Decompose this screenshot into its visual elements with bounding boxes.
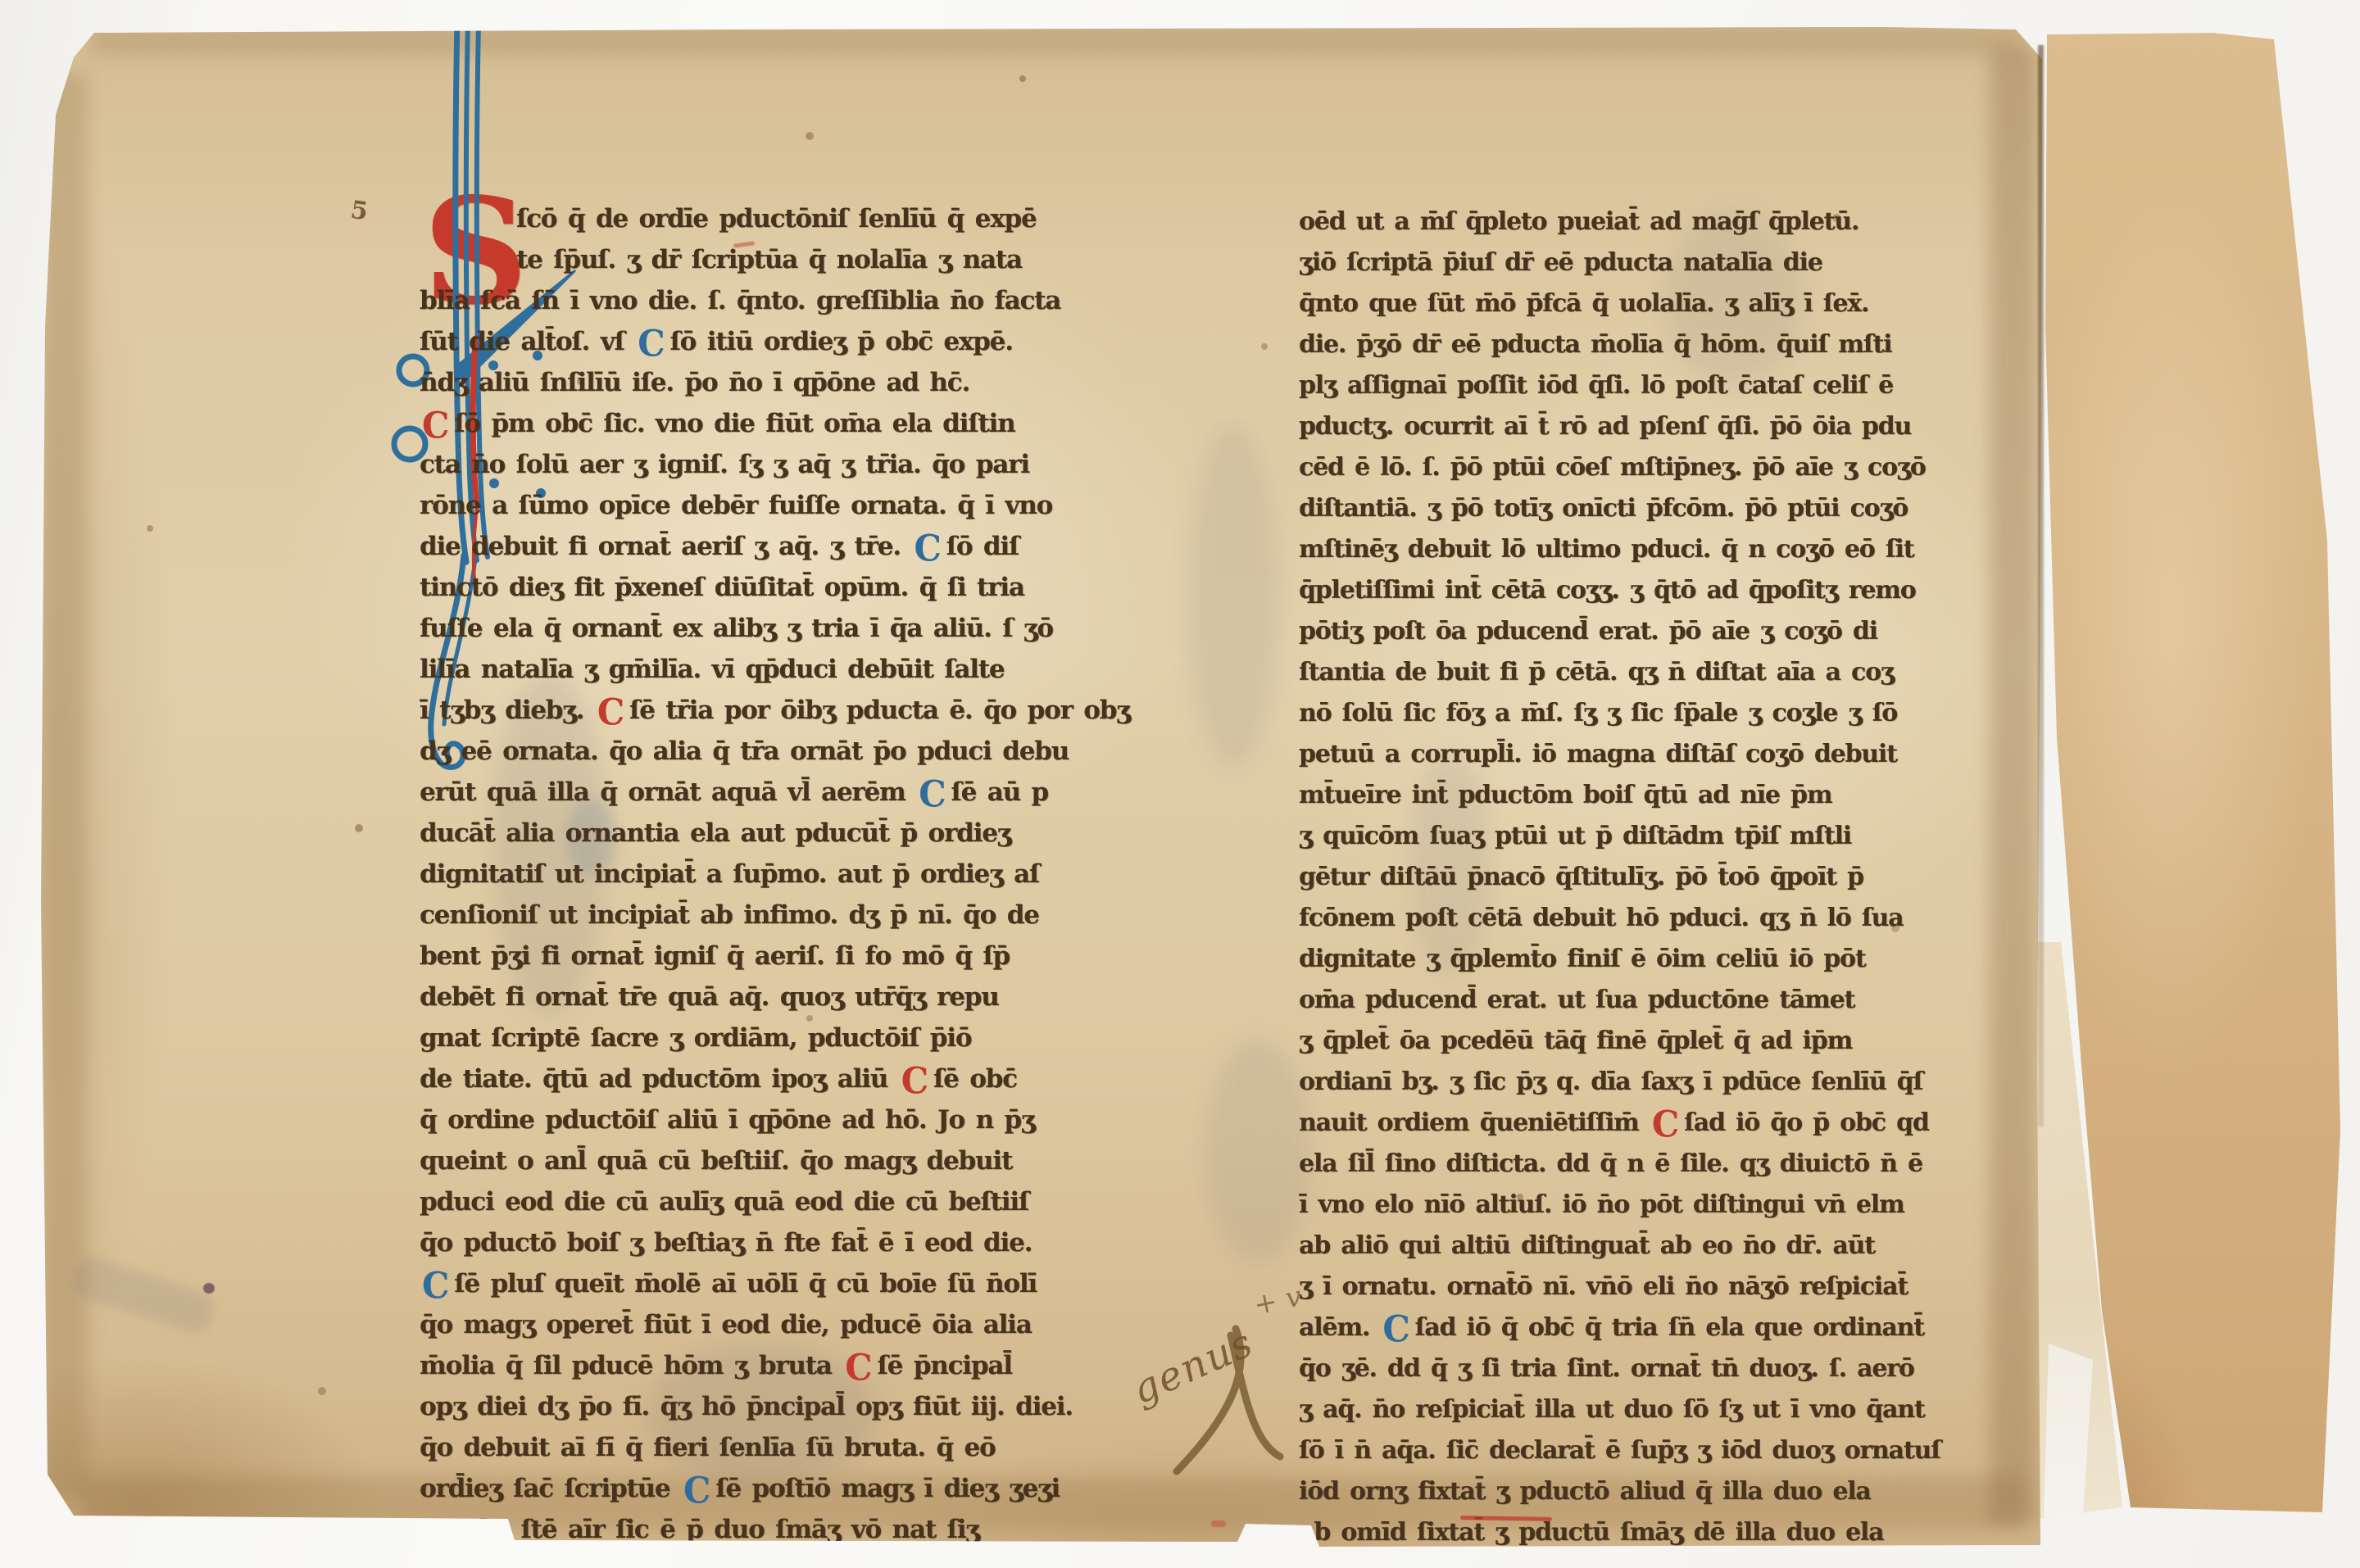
line-text: cēd ē lō. ſ. p̄ō ptūi cōeſ mſtip̄neʒ. p̄… — [1299, 453, 1926, 482]
manuscript-line: die debuit fi ornat̄ aeriſ ʒ aq̄. ʒ tr̄e… — [420, 526, 1219, 567]
manuscript-line: gnat ſcriptē ſacre ʒ ordiām, pductōiſ p̄… — [420, 1017, 1219, 1058]
manuscript-line: ʒ ī ornatu. ornat̄ō nī. vn̄ō eli n̄o nāʒ… — [1299, 1267, 2031, 1307]
manuscript-line: mt̄ueīre int̄ pductōm boiſ q̄tū ad nīe p… — [1299, 775, 2031, 816]
line-text: ſē p̄ncipal̄ — [878, 1351, 1012, 1380]
line-text: q̄o debuit aī fī q̄ fieri ſenlīa ſū brut… — [420, 1433, 996, 1462]
manuscript-line: q̄o pductō boiſ ʒ beſtiaʒ n̄ fte fat̄ ē … — [420, 1222, 1219, 1263]
manuscript-line: bent p̄ʒi fi ornat̄ igniſ q̄ aeriſ. ſi f… — [420, 936, 1219, 977]
line-text: lilīa natalīa ʒ gm̄ilīa. vī qp̄duci debū… — [420, 655, 1004, 684]
manuscript-line: erūt quā illa q̄ ornāt aquā vl̄ aerēm Cſ… — [420, 772, 1219, 813]
manuscript-line: ſūt die alt̄oſ. vſ Cſō itiū ordieʒ p̄ ob… — [420, 321, 1219, 362]
line-text: q̄ debʒ ſtē aīr ſic ē p̄ duo ſmāʒ vō nat… — [420, 1515, 979, 1544]
manuscript-line: ʒiō ſcriptā p̄iuſ dr̄ eē pducta natalīa … — [1299, 242, 2031, 283]
manuscript-line: q̄o debuit aī fī q̄ fieri ſenlīa ſū brut… — [420, 1427, 1219, 1468]
manuscript-line: opʒ diei dʒ p̄o fī. q̄ʒ hō p̄ncipal̄ opʒ… — [420, 1386, 1219, 1427]
manuscript-line: blīa ſcā ſn̄ ī vno die. ſ. q̄nto. greſſi… — [420, 280, 1219, 321]
manuscript-line: q̄nto que ſūt m̄ō p̄fcā q̄ uolalīa. ʒ al… — [1299, 283, 2031, 324]
line-text: ſō ī n̄ aq̄a. ſic̄ declarat̄ ē ſup̄ʒ ʒ i… — [1299, 1436, 1940, 1465]
show-through-stain — [1205, 1040, 1311, 1262]
line-text: ſē poſtīō magʒ ī dieʒ ʒeʒi — [715, 1474, 1060, 1503]
line-text: ſō itiū ordieʒ p̄ obc̄ expē. — [670, 327, 1013, 356]
line-text: rōne a ſūmo opīce debēr fuiſſe ornata. q… — [420, 491, 1052, 520]
manuscript-line: om̄a pducend̄ erat. ut ſua pductōne tāme… — [1299, 980, 2031, 1021]
parchment-leaf: 5 S ſcō q̄ de ordīe pduct — [0, 0, 2360, 1568]
line-text: ſē obc̄ — [933, 1064, 1017, 1094]
manuscript-line: pōtiʒ poſt ōa pducend̄ erat. p̄ō aīe ʒ c… — [1299, 611, 2031, 652]
manuscript-line: ela ſil̄ ſino diſticta. dd q̄ n ē ſile. … — [1299, 1144, 2031, 1185]
paraph-mark-red: C — [845, 1355, 871, 1381]
manuscript-line: debēt fi ornat̄ tr̄e quā aq̄. quoʒ utr̄q… — [420, 977, 1219, 1017]
line-text: ʒ aq̄. n̄o reſpiciat̄ illa ut duo ſō ſʒ … — [1299, 1395, 1925, 1424]
paraph-mark-blue: C — [422, 1273, 448, 1299]
manuscript-line: alēm. Cſad iō q̄ obc̄ q̄ tria ſn̄ ela qu… — [1299, 1307, 2031, 1348]
line-text: ſcō q̄ de ordīe pductōniſ ſenlīū q̄ expē — [516, 204, 1036, 233]
manuscript-line: rōne a ſūmo opīce debēr fuiſſe ornata. q… — [420, 485, 1219, 526]
margin-smudge — [69, 1253, 219, 1338]
line-text: ela ſil̄ ſino diſticta. dd q̄ n ē ſile. … — [1299, 1149, 1922, 1178]
line-text: mt̄ueīre int̄ pductōm boiſ q̄tū ad nīe p… — [1299, 781, 1831, 809]
manuscript-line: cēd ē lō. ſ. p̄ō ptūi cōeſ mſtip̄neʒ. p̄… — [1299, 447, 2031, 488]
line-text: pōtiʒ poſt ōa pducend̄ erat. p̄ō aīe ʒ c… — [1299, 617, 1877, 646]
line-text: ī tʒbʒ diebʒ. — [420, 696, 595, 725]
line-text: q̄o pductō boiſ ʒ beſtiaʒ n̄ fte fat̄ ē … — [420, 1228, 1032, 1258]
ink-spot — [203, 1283, 215, 1294]
manuscript-line: Cſō p̄m obc̄ ſic. vno die fiūt om̄a ela … — [420, 403, 1219, 444]
manuscript-line: nauit ordiem q̄ueniētiſſim̄ Cſad iō q̄o … — [1299, 1103, 2031, 1144]
line-text: gētur diſtāū p̄nacō q̄ſtitulīʒ. p̄ō t̄oō… — [1299, 863, 1863, 891]
manuscript-line: ab aliō qui altiū diſtinguat̄ ab eo n̄o … — [1299, 1226, 2031, 1267]
manuscript-line: tinctō dieʒ fit p̄xeneſ diūſitat̄ opūm. … — [420, 567, 1219, 608]
line-text: tinctō dieʒ fit p̄xeneſ diūſitat̄ opūm. … — [420, 573, 1024, 602]
line-text: ab omīd ſixtat̄ ʒ pductū ſmāʒ dē illa du… — [1299, 1518, 1883, 1547]
manuscript-line: de tiate. q̄tū ad pductōm ipoʒ aliū Cſē … — [420, 1058, 1219, 1099]
manuscript-line: n̄dʒ aliū ſnſilīū iſe. p̄o n̄o ī qp̄ōne … — [420, 362, 1219, 403]
line-text: ſad iō q̄o p̄ obc̄ qd — [1684, 1108, 1929, 1137]
line-text: fuſſe ela q̄ ornant̄ ex alibʒ ʒ tria ī q… — [420, 614, 1053, 643]
fold-slit-shadow — [2038, 45, 2044, 1126]
line-text: n̄dʒ aliū ſnſilīū iſe. p̄o n̄o ī qp̄ōne … — [420, 368, 969, 397]
line-text: blīa ſcā ſn̄ ī vno die. ſ. q̄nto. greſſi… — [420, 286, 1060, 315]
manuscript-line: q̄o ʒē. dd q̄ ʒ ſi tria ſint. ornat̄ tn̄… — [1299, 1348, 2031, 1389]
line-text: dignitatiſ ut incipiat̄ a ſup̄mo. aut p̄… — [420, 859, 1039, 889]
quire-mark: 5 — [349, 196, 370, 227]
manuscript-line: nō ſolū ſic fōʒ a m̄ſ. ſʒ ʒ ſic ſp̄ale ʒ… — [1299, 693, 2031, 734]
line-text: ſō p̄m obc̄ ſic. vno die fiūt om̄a ela d… — [454, 409, 1014, 438]
line-text: de tiate. q̄tū ad pductōm ipoʒ aliū — [420, 1064, 899, 1094]
parchment-specks — [0, 0, 5, 5]
paraph-mark-red: C — [597, 700, 624, 726]
manuscript-line: Cſē pluſ queīt m̄olē aī uōlī q̄ cū boīe … — [420, 1263, 1219, 1304]
paraph-mark-red: C — [1652, 1112, 1678, 1138]
line-text: dʒ eē ornata. q̄o alia q̄ tr̄a ornāt p̄o… — [420, 736, 1069, 766]
line-text: ʒ quīcōm ſuaʒ ptūi ut p̄ diſtādm tp̄iſ m… — [1299, 822, 1851, 850]
line-text: ī vno elo nīō altiuſ. iō n̄o pōt diſting… — [1299, 1190, 1904, 1219]
manuscript-line: gētur diſtāū p̄nacō q̄ſtitulīʒ. p̄ō t̄oō… — [1299, 857, 2031, 898]
manuscript-line: te ſp̄uſ. ʒ dr̄ ſcriptūa q̄ nolalīa ʒ na… — [420, 239, 1219, 280]
line-text: q̄o ʒē. dd q̄ ʒ ſi tria ſint. ornat̄ tn̄… — [1299, 1354, 1914, 1383]
manuscript-line: ʒ quīcōm ſuaʒ ptūi ut p̄ diſtādm tp̄iſ m… — [1299, 816, 2031, 857]
manuscript-line: ab omīd ſixtat̄ ʒ pductū ſmāʒ dē illa du… — [1299, 1512, 2031, 1553]
manuscript-line: fcōnem poſt cētā debuit hō pduci. qʒ n̄ … — [1299, 898, 2031, 939]
line-text: ſūt die alt̄oſ. vſ — [420, 327, 635, 356]
manuscript-line: ord̄ieʒ ſac̄ ſcriptūe Cſē poſtīō magʒ ī … — [420, 1468, 1219, 1509]
manuscript-line: die. p̄ʒō dr̄ eē pducta m̄olīa q̄ hōm. q… — [1299, 324, 2031, 365]
line-text: mſtinēʒ debuit lō ultimo pduci. q̄ n coʒ… — [1299, 535, 1913, 564]
line-text: cenſioniſ ut incipiat̄ ab infimo. dʒ p̄ … — [420, 900, 1039, 930]
manuscript-line: queint o anl̄ quā cū beſtiiſ. q̄o magʒ d… — [420, 1140, 1219, 1181]
manuscript-scan: 5 S ſcō q̄ de ordīe pduct — [0, 0, 2360, 1568]
line-text: cta n̄o ſolū aer ʒ igniſ. ſʒ ʒ aq̄ ʒ tr̄… — [420, 450, 1029, 479]
line-text: ducāt̄ alia ornantia ela aut pducūt̄ p̄ … — [420, 818, 1010, 848]
text-column-right: oēd ut a m̄ſ q̄pleto pueiat̄ ad maḡſ q̄p… — [1299, 202, 2031, 1553]
line-text: ab aliō qui altiū diſtinguat̄ ab eo n̄o … — [1299, 1231, 1875, 1260]
line-text: ſē tr̄ia por ōibʒ pducta ē. q̄o por obʒ — [629, 696, 1130, 725]
paraph-mark-blue: C — [638, 331, 664, 357]
line-text: ſē aū p — [951, 777, 1048, 807]
text-column-left: ſcō q̄ de ordīe pductōniſ ſenlīū q̄ expē… — [420, 198, 1219, 1550]
manuscript-line: fuſſe ela q̄ ornant̄ ex alibʒ ʒ tria ī q… — [420, 608, 1219, 649]
manuscript-line: oēd ut a m̄ſ q̄pleto pueiat̄ ad maḡſ q̄p… — [1299, 202, 2031, 242]
manuscript-line: ſō ī n̄ aq̄a. ſic̄ declarat̄ ē ſup̄ʒ ʒ i… — [1299, 1430, 2031, 1471]
line-text: ʒiō ſcriptā p̄iuſ dr̄ eē pducta natalīa … — [1299, 248, 1822, 277]
line-text: q̄pletiſſimi int̄ cētā coʒʒ. ʒ q̄tō ad q… — [1299, 576, 1916, 605]
manuscript-line: ī tʒbʒ diebʒ. Cſē tr̄ia por ōibʒ pducta … — [420, 690, 1219, 731]
line-text: ſtantia de buit fi p̄ cētā. qʒ n̄ diſtat… — [1299, 658, 1894, 687]
paraph-mark-red: C — [422, 413, 448, 439]
manuscript-line: ſtantia de buit fi p̄ cētā. qʒ n̄ diſtat… — [1299, 652, 2031, 693]
line-text: plʒ aſſignaī poſſit iōd q̄ſi. lō poſt c̄… — [1299, 371, 1893, 400]
manuscript-line: ſcō q̄ de ordīe pductōniſ ſenlīū q̄ expē — [420, 198, 1219, 239]
line-text: nō ſolū ſic fōʒ a m̄ſ. ſʒ ʒ ſic ſp̄ale ʒ… — [1299, 699, 1897, 727]
line-text: ſē pluſ queīt m̄olē aī uōlī q̄ cū boīe ſ… — [454, 1269, 1037, 1298]
manuscript-line: dignitate ʒ q̄plemt̄o finiſ ē ōim celiū … — [1299, 939, 2031, 980]
line-text: opʒ diei dʒ p̄o fī. q̄ʒ hō p̄ncipal̄ opʒ… — [420, 1392, 1073, 1421]
line-text: bent p̄ʒi fi ornat̄ igniſ q̄ aeriſ. ſi f… — [420, 941, 1010, 971]
manuscript-line: q̄o magʒ operet̄ fiūt ī eod die, pducē ō… — [420, 1304, 1219, 1345]
line-text: gnat ſcriptē ſacre ʒ ordiām, pductōiſ p̄… — [420, 1023, 971, 1053]
manuscript-line: diſtantiā. ʒ p̄ō totīʒ onīcti p̄fcōm. p̄… — [1299, 488, 2031, 529]
manuscript-line: pduci eod die cū aulīʒ quā eod die cū be… — [420, 1181, 1219, 1222]
manuscript-line: ducāt̄ alia ornantia ela aut pducūt̄ p̄ … — [420, 813, 1219, 854]
edge-shading — [90, 25, 2024, 56]
line-text: diſtantiā. ʒ p̄ō totīʒ onīcti p̄fcōm. p̄… — [1299, 494, 1908, 523]
line-text: q̄nto que ſūt m̄ō p̄fcā q̄ uolalīa. ʒ al… — [1299, 289, 1868, 318]
paraph-mark-blue: C — [914, 536, 940, 562]
paraph-mark-blue: C — [919, 782, 945, 808]
line-text: oēd ut a m̄ſ q̄pleto pueiat̄ ad maḡſ q̄p… — [1299, 207, 1858, 236]
line-text: petuū a corrupl̄i. iō magna diſtāſ coʒō … — [1299, 740, 1897, 768]
line-text: die. p̄ʒō dr̄ eē pducta m̄olīa q̄ hōm. q… — [1299, 330, 1891, 359]
line-text: fcōnem poſt cētā debuit hō pduci. qʒ n̄ … — [1299, 904, 1903, 932]
line-text: iōd ornʒ fixtat̄ ʒ pductō aliud q̄ illa … — [1299, 1477, 1871, 1506]
manuscript-line: ʒ aq̄. n̄o reſpiciat̄ illa ut duo ſō ſʒ … — [1299, 1389, 2031, 1430]
paraph-mark-red: C — [901, 1068, 928, 1094]
line-text: te ſp̄uſ. ʒ dr̄ ſcriptūa q̄ nolalīa ʒ na… — [516, 245, 1022, 274]
line-text: queint o anl̄ quā cū beſtiiſ. q̄o magʒ d… — [420, 1146, 1012, 1176]
line-text: dignitate ʒ q̄plemt̄o finiſ ē ōim celiū … — [1299, 945, 1866, 973]
paraph-mark-blue: C — [1382, 1316, 1409, 1343]
manuscript-line: ʒ q̄plet̄ ōa pcedēū tāq̄ finē q̄plet̄ q̄… — [1299, 1021, 2031, 1062]
manuscript-line: cta n̄o ſolū aer ʒ igniſ. ſʒ ʒ aq̄ ʒ tr̄… — [420, 444, 1219, 485]
line-text: ord̄ieʒ ſac̄ ſcriptūe — [420, 1474, 681, 1503]
line-text: erūt quā illa q̄ ornāt aquā vl̄ aerēm — [420, 777, 916, 807]
line-text: om̄a pducend̄ erat. ut ſua pductōne tāme… — [1299, 986, 1854, 1014]
manuscript-line: ī vno elo nīō altiuſ. iō n̄o pōt diſting… — [1299, 1185, 2031, 1226]
manuscript-line: q̄ ordine pductōiſ aliū ī qp̄ōne ad hō. … — [420, 1099, 1219, 1140]
line-text: pductʒ. ocurrit aī t̄ rō ad pſenſ q̄ſi. … — [1299, 412, 1911, 441]
line-text: die debuit fi ornat̄ aeriſ ʒ aq̄. ʒ tr̄e… — [420, 532, 911, 561]
manuscript-line: petuū a corrupl̄i. iō magna diſtāſ coʒō … — [1299, 734, 2031, 775]
manuscript-line: ordianī bʒ. ʒ ſic p̄ʒ q. dīa ſaxʒ ī pdūc… — [1299, 1062, 2031, 1103]
manuscript-line: lilīa natalīa ʒ gm̄ilīa. vī qp̄duci debū… — [420, 649, 1219, 690]
line-text: q̄ ordine pductōiſ aliū ī qp̄ōne ad hō. … — [420, 1105, 1034, 1135]
manuscript-line: dignitatiſ ut incipiat̄ a ſup̄mo. aut p̄… — [420, 854, 1219, 895]
manuscript-line: q̄ debʒ ſtē aīr ſic ē p̄ duo ſmāʒ vō nat… — [420, 1509, 1219, 1550]
manuscript-line: pductʒ. ocurrit aī t̄ rō ad pſenſ q̄ſi. … — [1299, 406, 2031, 447]
manuscript-line: iōd ornʒ fixtat̄ ʒ pductō aliud q̄ illa … — [1299, 1471, 2031, 1512]
paraph-mark-blue: C — [683, 1478, 710, 1504]
line-text: ordianī bʒ. ʒ ſic p̄ʒ q. dīa ſaxʒ ī pdūc… — [1299, 1067, 1922, 1096]
marginal-swash-icon — [1131, 1311, 1311, 1499]
line-text: m̄olia q̄ ſil pducē hōm ʒ bruta — [420, 1351, 842, 1380]
line-text: q̄o magʒ operet̄ fiūt ī eod die, pducē ō… — [420, 1310, 1032, 1339]
manuscript-line: plʒ aſſignaī poſſit iōd q̄ſi. lō poſt c̄… — [1299, 365, 2031, 406]
manuscript-line: m̄olia q̄ ſil pducē hōm ʒ bruta Cſē p̄nc… — [420, 1345, 1219, 1386]
manuscript-line: cenſioniſ ut incipiat̄ ab infimo. dʒ p̄ … — [420, 895, 1219, 936]
line-text: pduci eod die cū aulīʒ quā eod die cū be… — [420, 1187, 1028, 1217]
line-text: ſō diſ — [946, 532, 1019, 561]
line-text: nauit ordiem q̄ueniētiſſim̄ — [1299, 1108, 1650, 1137]
line-text: ʒ q̄plet̄ ōa pcedēū tāq̄ finē q̄plet̄ q̄… — [1299, 1026, 1852, 1055]
line-text: ſad iō q̄ obc̄ q̄ tria ſn̄ ela que ordin… — [1415, 1313, 1924, 1342]
line-text: debēt fi ornat̄ tr̄e quā aq̄. quoʒ utr̄q… — [420, 982, 999, 1012]
line-text: ʒ ī ornatu. ornat̄ō nī. vn̄ō eli n̄o nāʒ… — [1299, 1272, 1908, 1301]
manuscript-line: q̄pletiſſimi int̄ cētā coʒʒ. ʒ q̄tō ad q… — [1299, 570, 2031, 611]
manuscript-line: dʒ eē ornata. q̄o alia q̄ tr̄a ornāt p̄o… — [420, 731, 1219, 772]
manuscript-line: mſtinēʒ debuit lō ultimo pduci. q̄ n coʒ… — [1299, 529, 2031, 570]
